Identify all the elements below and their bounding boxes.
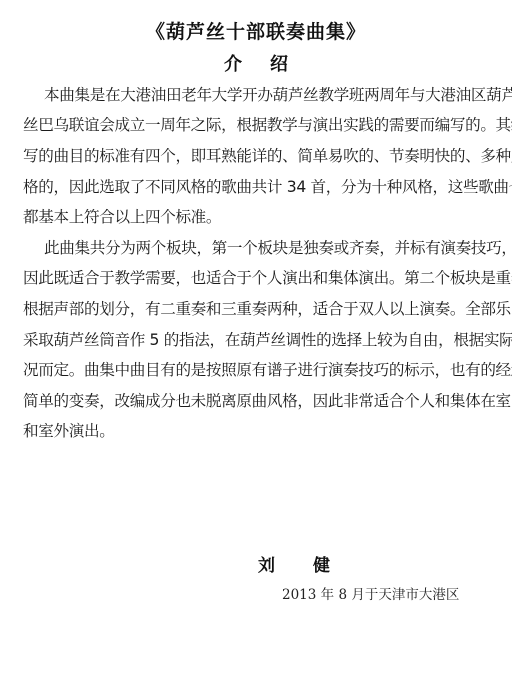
body-line: 此曲集共分为两个板块，第一个板块是独奏或齐奏，并标有演奏技巧， [44, 238, 484, 258]
date-location-line: 2013 年 8 月于天津市大港区 [282, 583, 459, 603]
body-line: 因此既适合于教学需要，也适合于个人演出和集体演出。第二个板块是重奏， [23, 268, 483, 288]
author-given-name: 健 [313, 551, 330, 576]
body-line: 写的曲目的标准有四个，即耳熟能详的、简单易吹的、节奏明快的、多种风 [23, 146, 483, 166]
body-line: 格的，因此选取了不同风格的歌曲共计 34 首，分为十种风格，这些歌曲也 [23, 177, 483, 197]
section-heading-char: 绍 [270, 50, 288, 76]
body-line: 况而定。曲集中曲目有的是按照原有谱子进行演奏技巧的标示，也有的经过 [23, 360, 483, 380]
body-line: 根据声部的划分，有二重奏和三重奏两种，适合于双人以上演奏。全部乐曲 [23, 299, 483, 319]
section-heading-char: 介 [224, 50, 242, 76]
author-signature: 刘健 [258, 551, 330, 576]
document-title: 《葫芦丝十部联奏曲集》 [0, 17, 512, 44]
body-line: 都基本上符合以上四个标准。 [23, 207, 483, 227]
section-heading: 介绍 [0, 50, 512, 76]
body-line: 丝巴乌联谊会成立一周年之际，根据教学与演出实践的需要而编写的。其编 [23, 115, 483, 135]
body-line: 本曲集是在大港油田老年大学开办葫芦丝教学班两周年与大港油区葫芦 [44, 85, 484, 105]
author-surname: 刘 [258, 551, 275, 576]
body-line: 采取葫芦丝筒音作 5 的指法，在葫芦丝调性的选择上较为自由，根据实际情 [23, 330, 483, 350]
body-line: 简单的变奏，改编成分也未脱离原曲风格，因此非常适合个人和集体在室内 [23, 391, 483, 411]
body-line: 和室外演出。 [23, 421, 483, 441]
